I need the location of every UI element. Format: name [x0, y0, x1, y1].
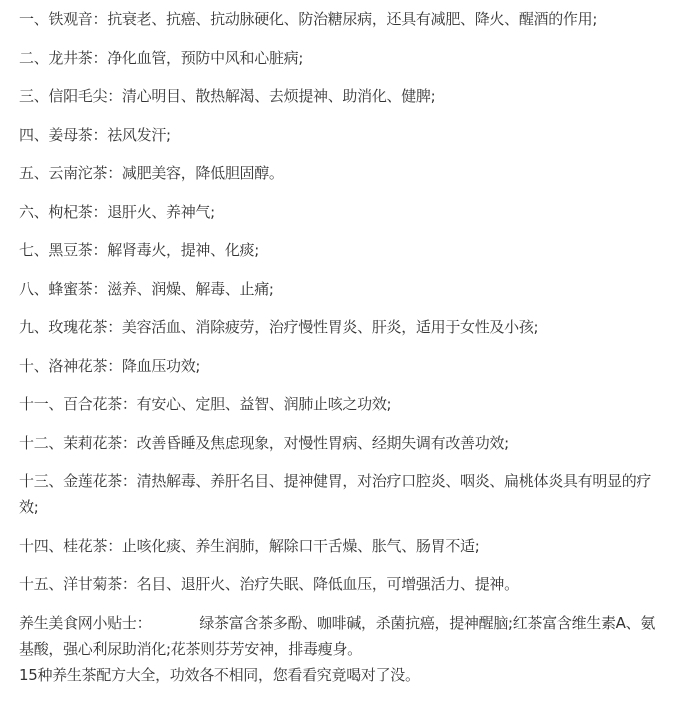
tips-paragraph: 养生美食网小贴士：绿茶富含茶多酚、咖啡碱，杀菌抗癌，提神醒脑;红茶富含维生素A、… [19, 610, 669, 662]
tips-label: 养生美食网小贴士： [19, 614, 151, 632]
tea-name: 金莲花茶 [63, 472, 122, 490]
tea-num: 八、 [19, 280, 48, 298]
tea-sep: ： [93, 10, 108, 28]
tea-num: 二、 [19, 49, 48, 67]
tea-desc: 名目、退肝火、治疗失眠、降低血压，可增强活力、提神。 [137, 575, 519, 593]
tea-sep: ： [107, 164, 122, 182]
tea-num: 十四、 [19, 537, 63, 555]
tea-desc: 抗衰老、抗癌、抗动脉硬化、防治糖尿病，还具有减肥、降火、醒酒的作用; [107, 10, 597, 28]
tea-num: 四、 [19, 126, 48, 144]
tea-num: 一、 [19, 10, 48, 28]
tea-num: 十二、 [19, 434, 63, 452]
tea-num: 六、 [19, 203, 48, 221]
tea-num: 十一、 [19, 395, 63, 413]
tea-sep: ： [107, 537, 122, 555]
tea-desc: 退肝火、养神气; [107, 203, 215, 221]
tea-name: 云南沱茶 [48, 164, 107, 182]
tea-name: 龙井茶 [48, 49, 92, 67]
tea-item: 三、信阳毛尖：清心明目、散热解渴、去烦提神、助消化、健脾; [19, 83, 669, 109]
tea-item: 八、蜂蜜茶：滋养、润燥、解毒、止痛; [19, 276, 669, 302]
tea-sep: ： [122, 395, 137, 413]
tea-name: 洋甘菊茶 [63, 575, 122, 593]
tea-desc: 降血压功效; [122, 357, 200, 375]
article-body: 一、铁观音：抗衰老、抗癌、抗动脉硬化、防治糖尿病，还具有减肥、降火、醒酒的作用;… [0, 0, 669, 688]
tea-num: 三、 [19, 87, 48, 105]
tea-name: 黑豆茶 [48, 241, 92, 259]
tea-desc: 解肾毒火，提神、化痰; [107, 241, 259, 259]
tea-desc: 减肥美容，降低胆固醇。 [122, 164, 284, 182]
tea-name: 桂花茶 [63, 537, 107, 555]
tea-num: 十五、 [19, 575, 63, 593]
tea-sep: ： [122, 434, 137, 452]
tea-num: 十、 [19, 357, 48, 375]
tea-item: 六、枸杞茶：退肝火、养神气; [19, 199, 669, 225]
tea-name: 洛神花茶 [48, 357, 107, 375]
tea-desc: 止咳化痰、养生润肺，解除口干舌燥、胀气、肠胃不适; [122, 537, 480, 555]
tea-list: 一、铁观音：抗衰老、抗癌、抗动脉硬化、防治糖尿病，还具有减肥、降火、醒酒的作用;… [19, 6, 669, 597]
tea-desc: 有安心、定胆、益智、润肺止咳之功效; [137, 395, 392, 413]
tea-sep: ： [93, 49, 108, 67]
tea-name: 姜母茶 [48, 126, 92, 144]
tea-name: 百合花茶 [63, 395, 122, 413]
tea-desc: 滋养、润燥、解毒、止痛; [107, 280, 273, 298]
tea-item: 二、龙井茶：净化血管，预防中风和心脏病; [19, 45, 669, 71]
tea-sep: ： [93, 126, 108, 144]
tea-item: 十一、百合花茶：有安心、定胆、益智、润肺止咳之功效; [19, 391, 669, 417]
tea-item: 十四、桂花茶：止咳化痰、养生润肺，解除口干舌燥、胀气、肠胃不适; [19, 533, 669, 559]
tea-item: 十三、金莲花茶：清热解毒、养肝名目、提神健胃，对治疗口腔炎、咽炎、扁桃体炎具有明… [19, 468, 669, 520]
tea-desc: 清心明目、散热解渴、去烦提神、助消化、健脾; [122, 87, 435, 105]
tea-sep: ： [107, 357, 122, 375]
tea-name: 蜂蜜茶 [48, 280, 92, 298]
tea-item: 一、铁观音：抗衰老、抗癌、抗动脉硬化、防治糖尿病，还具有减肥、降火、醒酒的作用; [19, 6, 669, 32]
tea-item: 五、云南沱茶：减肥美容，降低胆固醇。 [19, 160, 669, 186]
tea-item: 七、黑豆茶：解肾毒火，提神、化痰; [19, 237, 669, 263]
tips-section: 养生美食网小贴士：绿茶富含茶多酚、咖啡碱，杀菌抗癌，提神醒脑;红茶富含维生素A、… [19, 610, 669, 688]
tea-sep: ： [107, 318, 122, 336]
tea-num: 五、 [19, 164, 48, 182]
tea-item: 四、姜母茶：祛风发汗; [19, 122, 669, 148]
tea-item: 九、玫瑰花茶：美容活血、消除疲劳，治疗慢性胃炎、肝炎，适用于女性及小孩; [19, 314, 669, 340]
tea-name: 茉莉花茶 [63, 434, 122, 452]
tea-num: 七、 [19, 241, 48, 259]
tea-desc: 净化血管，预防中风和心脏病; [107, 49, 303, 67]
tea-sep: ： [122, 472, 137, 490]
tea-desc: 祛风发汗; [107, 126, 171, 144]
tea-num: 九、 [19, 318, 48, 336]
tea-item: 十五、洋甘菊茶：名目、退肝火、治疗失眠、降低血压，可增强活力、提神。 [19, 571, 669, 597]
tea-num: 十三、 [19, 472, 63, 490]
tea-sep: ： [107, 87, 122, 105]
tea-sep: ： [93, 241, 108, 259]
tea-sep: ： [93, 280, 108, 298]
tea-sep: ： [122, 575, 137, 593]
tea-item: 十二、茉莉花茶：改善昏睡及焦虑现象，对慢性胃病、经期失调有改善功效; [19, 430, 669, 456]
summary-text: 15种养生茶配方大全，功效各不相同，您看看究竟喝对了没。 [19, 662, 669, 688]
tea-sep: ： [93, 203, 108, 221]
tea-name: 铁观音 [48, 10, 92, 28]
tea-name: 玫瑰花茶 [48, 318, 107, 336]
tea-name: 信阳毛尖 [48, 87, 107, 105]
tea-name: 枸杞茶 [48, 203, 92, 221]
tea-desc: 改善昏睡及焦虑现象，对慢性胃病、经期失调有改善功效; [137, 434, 509, 452]
tea-desc: 美容活血、消除疲劳，治疗慢性胃炎、肝炎，适用于女性及小孩; [122, 318, 538, 336]
tea-item: 十、洛神花茶：降血压功效; [19, 353, 669, 379]
